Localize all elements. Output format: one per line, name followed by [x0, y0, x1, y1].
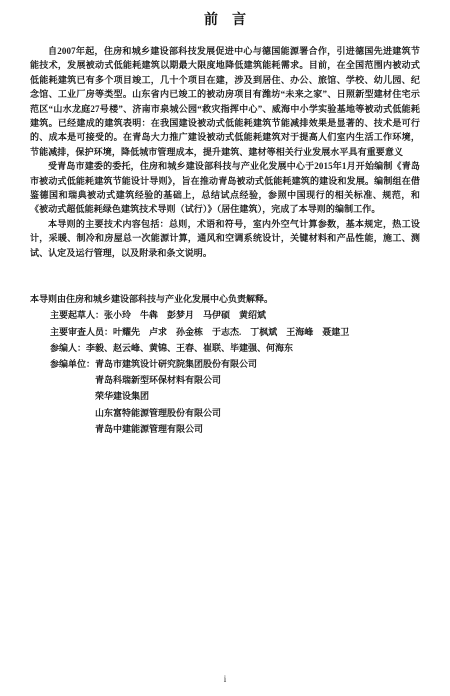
contributors-names: 李毅、赵云峰、黄锦、王春、崔联、毕建强、何海东 — [86, 343, 293, 353]
organization-item: 青岛中建能源管理有限公司 — [95, 421, 257, 437]
organization-list: 青岛市建筑设计研究院集团股份有限公司 青岛科瑞新型环保材料有限公司 荣华建设集团… — [95, 356, 257, 437]
document-page: 前 言 自2007年起，住房和城乡建设部科技发展促进中心与德国能源署合作，引进德… — [0, 0, 450, 696]
organization-item: 青岛科瑞新型环保材料有限公司 — [95, 372, 257, 388]
credit-line-reviewers: 主要审查人员：叶耀先 卢求 孙金栋 于志杰. 丁枫斌 王海峰 聂建卫 — [30, 324, 420, 340]
preface-paragraph-2: 受青岛市建委的委托，住房和城乡建设部科技与产业化发展中心于2015年1月开始编制… — [30, 159, 420, 217]
organizations-label: 参编单位： — [50, 356, 95, 372]
credits-block: 本导则由住房和城乡建设部科技与产业化发展中心负责解释。 主要起草人：张小玲 牛犇… — [30, 291, 420, 437]
organization-item: 荣华建设集团 — [95, 388, 257, 404]
organization-item: 山东富特能源管理股份有限公司 — [95, 405, 257, 421]
credit-line-contributors: 参编人：李毅、赵云峰、黄锦、王春、崔联、毕建强、何海东 — [30, 340, 420, 356]
preface-paragraph-1: 自2007年起，住房和城乡建设部科技发展促进中心与德国能源署合作，引进德国先进建… — [30, 44, 420, 159]
drafters-label: 主要起草人： — [50, 310, 104, 320]
reviewers-label: 主要审查人员： — [50, 327, 113, 337]
interpretation-note: 本导则由住房和城乡建设部科技与产业化发展中心负责解释。 — [30, 291, 420, 307]
credit-line-organizations: 参编单位： 青岛市建筑设计研究院集团股份有限公司 青岛科瑞新型环保材料有限公司 … — [30, 356, 420, 437]
drafters-names: 张小玲 牛犇 彭梦月 马伊硕 黄绍斌 — [104, 310, 266, 320]
page-content: 自2007年起，住房和城乡建设部科技发展促进中心与德国能源署合作，引进德国先进建… — [30, 44, 420, 437]
organization-item: 青岛市建筑设计研究院集团股份有限公司 — [95, 356, 257, 372]
contributors-label: 参编人： — [50, 343, 86, 353]
credit-line-drafters: 主要起草人：张小玲 牛犇 彭梦月 马伊硕 黄绍斌 — [30, 307, 420, 323]
page-number: i — [0, 674, 450, 684]
page-title: 前 言 — [0, 9, 450, 29]
reviewers-names: 叶耀先 卢求 孙金栋 于志杰. 丁枫斌 王海峰 聂建卫 — [113, 327, 349, 337]
preface-paragraph-3: 本导则的主要技术内容包括：总则，术语和符号，室内外空气计算参数，基本规定，热工设… — [30, 217, 420, 260]
